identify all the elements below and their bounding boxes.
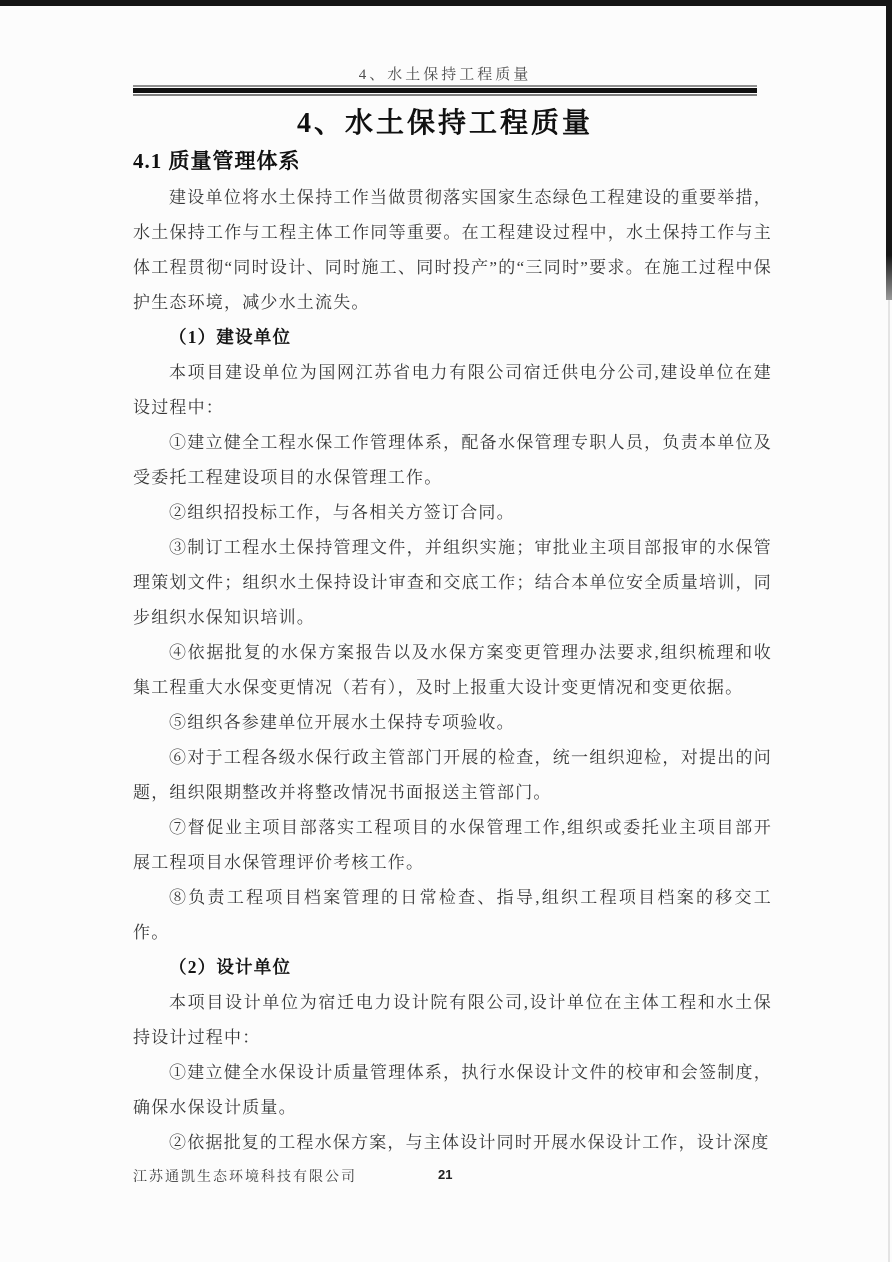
scan-artifact-top-edge [0, 0, 892, 6]
paragraph-intro: 建设单位将水土保持工作当做贯彻落实国家生态绿色工程建设的重要举措，水土保持工作与… [133, 180, 772, 320]
paragraph-design-unit-intro: 本项目设计单位为宿迁电力设计院有限公司,设计单位在主体工程和水土保持设计过程中： [133, 985, 772, 1055]
subsection-heading-construction-unit: （1）建设单位 [133, 320, 772, 355]
paragraph-item-5: ⑤组织各参建单位开展水土保持专项验收。 [133, 705, 772, 740]
paragraph-construction-unit-intro: 本项目建设单位为国网江苏省电力有限公司宿迁供电分公司,建设单位在建设过程中： [133, 355, 772, 425]
scan-artifact-right-edge-light [888, 300, 890, 1262]
paragraph-item-1: ①建立健全工程水保工作管理体系，配备水保管理专职人员，负责本单位及受委托工程建设… [133, 425, 772, 495]
paragraph-item-3: ③制订工程水土保持管理文件，并组织实施；审批业主项目部报审的水保管理策划文件；组… [133, 530, 772, 635]
rule-thin-line-bottom [133, 94, 757, 96]
footer-page-number: 21 [438, 1167, 452, 1182]
section-heading: 4.1 质量管理体系 [133, 145, 773, 175]
paragraph-item-6: ⑥对于工程各级水保行政主管部门开展的检查，统一组织迎检，对提出的问题，组织限期整… [133, 740, 772, 810]
running-header: 4、水土保持工程质量 [133, 63, 757, 84]
scan-artifact-right-edge-dark [886, 0, 892, 300]
document-body: 建设单位将水土保持工作当做贯彻落实国家生态绿色工程建设的重要举措，水土保持工作与… [133, 180, 772, 1160]
footer-company-name: 江苏通凯生态环境科技有限公司 [133, 1166, 357, 1186]
paragraph-item-4: ④依据批复的水保方案报告以及水保方案变更管理办法要求,组织梳理和收集工程重大水保… [133, 635, 772, 705]
paragraph-design-item-1: ①建立健全水保设计质量管理体系，执行水保设计文件的校审和会签制度，确保水保设计质… [133, 1055, 772, 1125]
chapter-title: 4、水土保持工程质量 [133, 101, 757, 141]
paragraph-item-7: ⑦督促业主项目部落实工程项目的水保管理工作,组织或委托业主项目部开展工程项目水保… [133, 810, 772, 880]
paragraph-item-2: ②组织招投标工作，与各相关方签订合同。 [133, 495, 772, 530]
paragraph-item-8: ⑧负责工程项目档案管理的日常检查、指导,组织工程项目档案的移交工作。 [133, 880, 772, 950]
paragraph-design-item-2: ②依据批复的工程水保方案，与主体设计同时开展水保设计工作，设计深度 [133, 1125, 772, 1160]
header-double-rule [133, 85, 757, 96]
document-page: 4、水土保持工程质量 4、水土保持工程质量 4.1 质量管理体系 建设单位将水土… [0, 0, 892, 1262]
subsection-heading-design-unit: （2）设计单位 [133, 950, 772, 985]
